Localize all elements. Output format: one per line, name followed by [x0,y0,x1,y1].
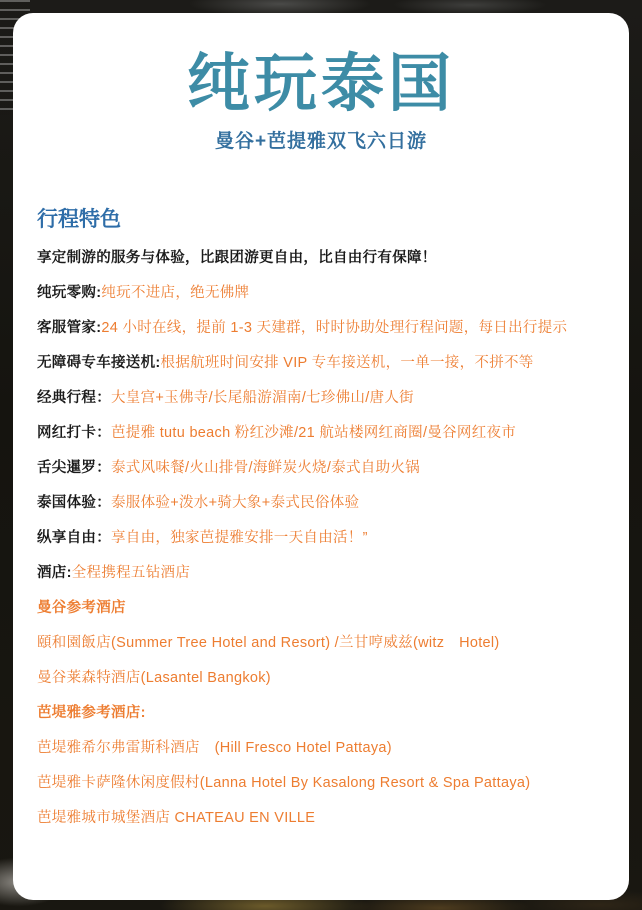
feature-label: 舌尖暹罗： [37,460,111,476]
feature-line: 泰国体验：泰服体验+泼水+骑大象+泰式民俗体验 [37,496,605,511]
itinerary-card: 纯玩泰国 曼谷+芭提雅双飞六日游 行程特色 享定制游的服务与体验，比跟团游更自由… [13,13,629,900]
feature-text: 芭堤雅卡萨隆休闲度假村(Lanna Hotel By Kasalong Reso… [37,775,530,791]
feature-line: 芭堤雅城市城堡酒店 CHATEAU EN VILLE [37,811,605,826]
feature-text: 芭提雅 tutu beach 粉红沙滩/21 航站楼网红商圈/曼谷网红夜市 [111,425,516,441]
feature-line: 纵享自由：享自由，独家芭提雅安排一天自由活！” [37,531,605,546]
feature-list: 享定制游的服务与体验，比跟团游更自由，比自由行有保障！纯玩零购:纯玩不进店，绝无… [37,251,605,826]
feature-label: 享定制游的服务与体验，比跟团游更自由，比自由行有保障！ [37,250,437,266]
page-title: 纯玩泰国 [37,13,605,117]
feature-label: 无障碍专车接送机: [37,355,161,371]
feature-line: 舌尖暹罗：泰式风味餐/火山排骨/海鲜炭火烧/泰式自助火锅 [37,461,605,476]
feature-line: 頤和園飯店(Summer Tree Hotel and Resort) /兰甘哼… [37,636,605,651]
feature-text: 享自由，独家芭提雅安排一天自由活！” [111,530,368,546]
feature-line: 无障碍专车接送机:根据航班时间安排 VIP 专车接送机，一单一接，不拼不等 [37,356,605,371]
feature-line: 芭堤雅参考酒店: [37,706,605,721]
feature-label: 泰国体验： [37,495,111,511]
feature-text: 根据航班时间安排 VIP 专车接送机，一单一接，不拼不等 [161,355,534,371]
feature-text: 曼谷莱森特酒店(Lasantel Bangkok) [37,670,271,686]
feature-line: 客服管家:24 小时在线，提前 1-3 天建群，时时协助处理行程问题，每日出行提… [37,321,605,336]
feature-label: 经典行程： [37,390,111,406]
feature-text: 泰服体验+泼水+骑大象+泰式民俗体验 [111,495,359,511]
feature-text: 大皇宫+玉佛寺/长尾船游湄南/七珍佛山/唐人街 [111,390,414,406]
feature-line: 芭堤雅卡萨隆休闲度假村(Lanna Hotel By Kasalong Reso… [37,776,605,791]
feature-text: 全程携程五钻酒店 [72,565,190,581]
feature-text: 纯玩不进店，绝无佛牌 [101,285,249,301]
feature-line: 芭堤雅希尔弗雷斯科酒店 (Hill Fresco Hotel Pattaya) [37,741,605,756]
feature-line: 酒店:全程携程五钻酒店 [37,566,605,581]
feature-label: 纵享自由： [37,530,111,546]
feature-text: 泰式风味餐/火山排骨/海鲜炭火烧/泰式自助火锅 [111,460,420,476]
feature-line: 曼谷莱森特酒店(Lasantel Bangkok) [37,671,605,686]
feature-label: 酒店: [37,565,72,581]
feature-text: 曼谷参考酒店 [37,600,126,616]
feature-line: 曼谷参考酒店 [37,601,605,616]
feature-label: 客服管家: [37,320,101,336]
feature-text: 芭堤雅参考酒店: [37,705,146,721]
page-subtitle: 曼谷+芭提雅双飞六日游 [37,126,605,153]
feature-line: 纯玩零购:纯玩不进店，绝无佛牌 [37,286,605,301]
feature-text: 芭堤雅城市城堡酒店 CHATEAU EN VILLE [37,810,315,826]
feature-line: 经典行程：大皇宫+玉佛寺/长尾船游湄南/七珍佛山/唐人街 [37,391,605,406]
feature-line: 网红打卡：芭提雅 tutu beach 粉红沙滩/21 航站楼网红商圈/曼谷网红… [37,426,605,441]
feature-label: 网红打卡： [37,425,111,441]
feature-text: 芭堤雅希尔弗雷斯科酒店 (Hill Fresco Hotel Pattaya) [37,740,392,756]
feature-text: 24 小时在线，提前 1-3 天建群，时时协助处理行程问题，每日出行提示 [101,320,567,336]
section-heading-trip-features: 行程特色 [37,203,605,233]
feature-text: 頤和園飯店(Summer Tree Hotel and Resort) /兰甘哼… [37,635,500,651]
feature-label: 纯玩零购: [37,285,101,301]
feature-line: 享定制游的服务与体验，比跟团游更自由，比自由行有保障！ [37,251,605,266]
